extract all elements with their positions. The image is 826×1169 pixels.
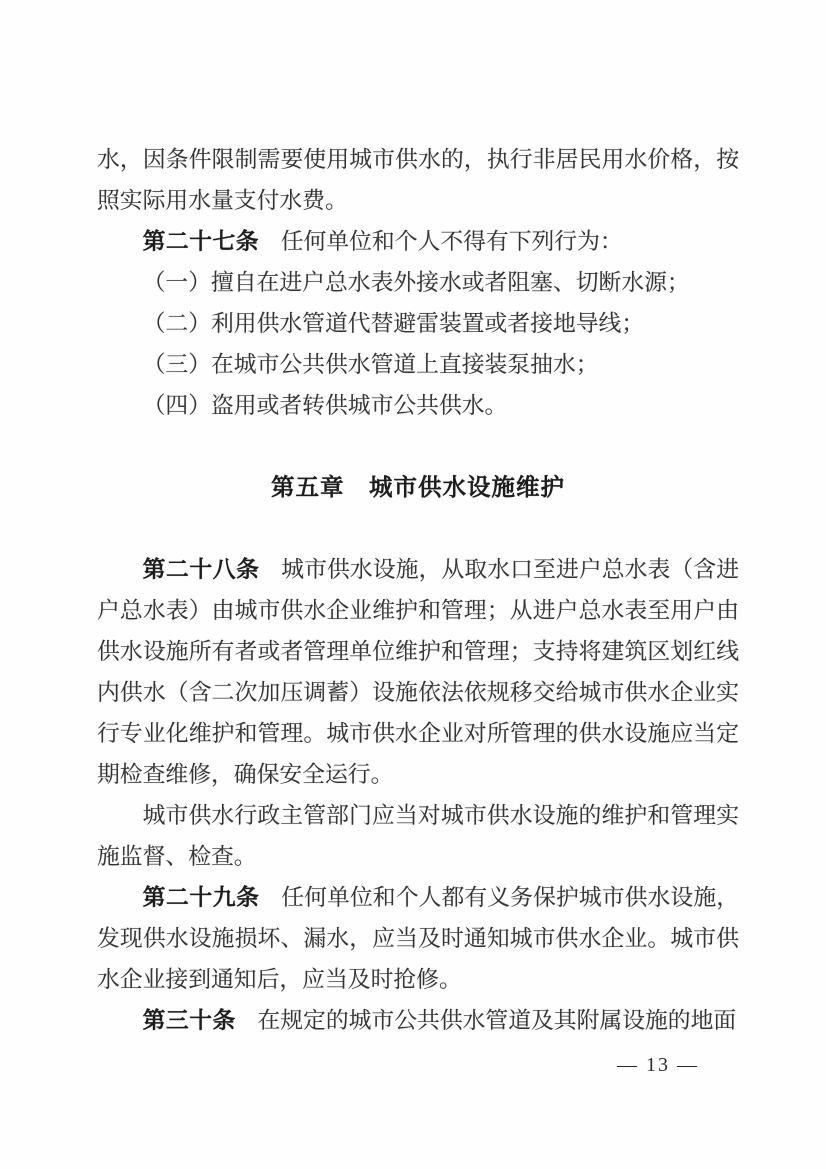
list-item-2: （二）利用供水管道代替避雷装置或者接地导线；	[97, 303, 739, 344]
article-29-paragraph: 第二十九条任何单位和个人都有义务保护城市供水设施，发现供水设施损坏、漏水，应当及…	[97, 877, 739, 1000]
article-27-text: 任何单位和个人不得有下列行为：	[281, 229, 623, 254]
document-page: 水，因条件限制需要使用城市供水的，执行非居民用水价格，按照实际用水量支付水费。 …	[0, 0, 826, 1169]
list-item-3: （三）在城市公共供水管道上直接装泵抽水；	[97, 344, 739, 385]
article-28-number: 第二十八条	[143, 556, 260, 582]
article-27-number: 第二十七条	[143, 228, 259, 254]
article-29-number: 第二十九条	[143, 884, 260, 910]
chapter-5-heading: 第五章 城市供水设施维护	[97, 467, 739, 508]
article-28-paragraph: 第二十八条城市供水设施，从取水口至进户总水表（含进户总水表）由城市供水企业维护和…	[97, 549, 739, 795]
supervision-paragraph: 城市供水行政主管部门应当对城市供水设施的维护和管理实施监督、检查。	[97, 795, 739, 877]
article-30-text: 在规定的城市公共供水管道及其附属设施的地面	[257, 1008, 736, 1033]
article-27-paragraph: 第二十七条任何单位和个人不得有下列行为：	[97, 221, 739, 262]
article-28-text: 城市供水设施，从取水口至进户总水表（含进户总水表）由城市供水企业维护和管理；从进…	[97, 557, 739, 787]
article-30-paragraph: 第三十条在规定的城市公共供水管道及其附属设施的地面	[97, 1000, 739, 1041]
article-30-number: 第三十条	[143, 1007, 236, 1033]
paragraph-continuation: 水，因条件限制需要使用城市供水的，执行非居民用水价格，按照实际用水量支付水费。	[97, 139, 739, 221]
list-item-1: （一）擅自在进户总水表外接水或者阻塞、切断水源；	[97, 262, 739, 303]
list-item-4: （四）盗用或者转供城市公共供水。	[97, 385, 739, 426]
document-body: 水，因条件限制需要使用城市供水的，执行非居民用水价格，按照实际用水量支付水费。 …	[97, 139, 739, 1041]
page-number: — 13 —	[617, 1052, 699, 1078]
